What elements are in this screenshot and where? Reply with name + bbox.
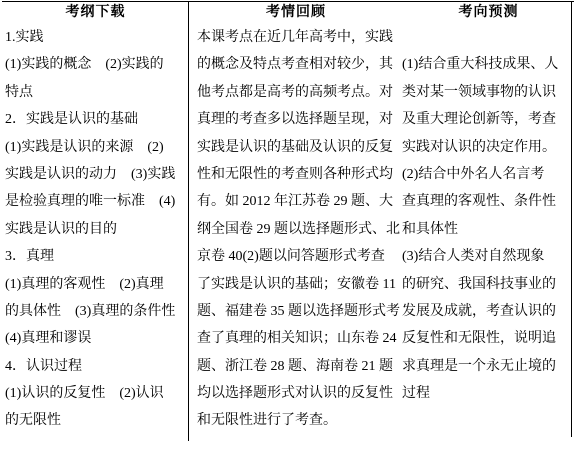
text-line: 他考点都是高考的高频考点。对: [197, 79, 395, 106]
text-line: 实践是认识的动力 (3)实践: [5, 161, 186, 188]
text-line: 发展及成就，考查认识的: [402, 298, 575, 325]
text-line: 是检验真理的唯一标准 (4): [5, 188, 186, 215]
text-line: (1)实践是认识的来源 (2): [5, 134, 186, 161]
column-exam-review: 考情回顾 本课考点在近几年高考中，实践的概念及特点考查相对较少，其他考点都是高考…: [188, 2, 395, 435]
exam-prediction-text: (1)结合重大科技成果、人类对某一领域事物的认识及重大理论创新等，考查实践对认识…: [402, 24, 575, 407]
text-line: 京卷 40(2)题以问答题形式考查: [197, 243, 395, 270]
text-line: 实践对认识的决定作用。: [402, 134, 575, 161]
text-line: 均以选择题形式对认识的反复性: [197, 380, 395, 407]
text-line: 真理的考查多以选择题呈现，对: [197, 106, 395, 133]
exam-review-text: 本课考点在近几年高考中，实践的概念及特点考查相对较少，其他考点都是高考的高频考点…: [197, 24, 395, 435]
text-line: 的无限性: [5, 407, 186, 434]
text-line: 查了真理的相关知识；山东卷 24: [197, 325, 395, 352]
column-header-exam-outline: 考纲下载: [5, 2, 186, 24]
text-line: 的具体性 (3)真理的条件性: [5, 298, 186, 325]
text-line: (1)结合重大科技成果、人: [402, 51, 575, 78]
text-line: 过程: [402, 380, 575, 407]
exam-outline-text: 1.实践(1)实践的概念 (2)实践的特点2．实践是认识的基础(1)实践是认识的…: [5, 24, 186, 435]
text-line: 4．认识过程: [5, 353, 186, 380]
text-line: (1)实践的概念 (2)实践的: [5, 51, 186, 78]
text-line: 和无限性进行了考查。: [197, 407, 395, 434]
text-line: (1)真理的客观性 (2)真理: [5, 271, 186, 298]
column-header-exam-prediction: 考向预测: [402, 2, 575, 24]
text-line: 1.实践: [5, 24, 186, 51]
text-line: 实践是认识的目的: [5, 216, 186, 243]
text-line: 反复性和无限性，说明追: [402, 325, 575, 352]
text-line: 的概念及特点考查相对较少，其: [197, 51, 395, 78]
text-line: 有。如 2012 年江苏卷 29 题、大: [197, 188, 395, 215]
text-line: 题、福建卷 35 题以选择题形式考: [197, 298, 395, 325]
text-line: (3)结合人类对自然现象: [402, 243, 575, 270]
text-line: 了实践是认识的基础；安徽卷 11: [197, 271, 395, 298]
column-header-exam-review: 考情回顾: [197, 2, 395, 24]
text-line: 求真理是一个永无止境的: [402, 353, 575, 380]
text-line: (1)认识的反复性 (2)认识: [5, 380, 186, 407]
text-line: 本课考点在近几年高考中，实践: [197, 24, 395, 51]
text-line: 题、浙江卷 28 题、海南卷 21 题: [197, 353, 395, 380]
text-line: 性和无限性的考查则各种形式均: [197, 161, 395, 188]
column-exam-outline: 考纲下载 1.实践(1)实践的概念 (2)实践的特点2．实践是认识的基础(1)实…: [0, 2, 188, 435]
text-line: 查真理的客观性、条件性: [402, 188, 575, 215]
text-line: (2)结合中外名人名言考: [402, 161, 575, 188]
text-line: 纲全国卷 29 题以选择题形式、北: [197, 216, 395, 243]
column-exam-prediction: 考向预测 (1)结合重大科技成果、人类对某一领域事物的认识及重大理论创新等，考查…: [395, 2, 575, 407]
exam-review-table: 考纲下载 1.实践(1)实践的概念 (2)实践的特点2．实践是认识的基础(1)实…: [0, 0, 575, 458]
text-line: (4)真理和谬误: [5, 325, 186, 352]
text-line: 的研究、我国科技事业的: [402, 271, 575, 298]
text-line: 实践是认识的基础及认识的反复: [197, 134, 395, 161]
text-line: 2．实践是认识的基础: [5, 106, 186, 133]
text-line: 类对某一领域事物的认识: [402, 79, 575, 106]
text-line: 及重大理论创新等，考查: [402, 106, 575, 133]
text-line: 和具体性: [402, 216, 575, 243]
text-line: 3．真理: [5, 243, 186, 270]
text-line: 特点: [5, 79, 186, 106]
